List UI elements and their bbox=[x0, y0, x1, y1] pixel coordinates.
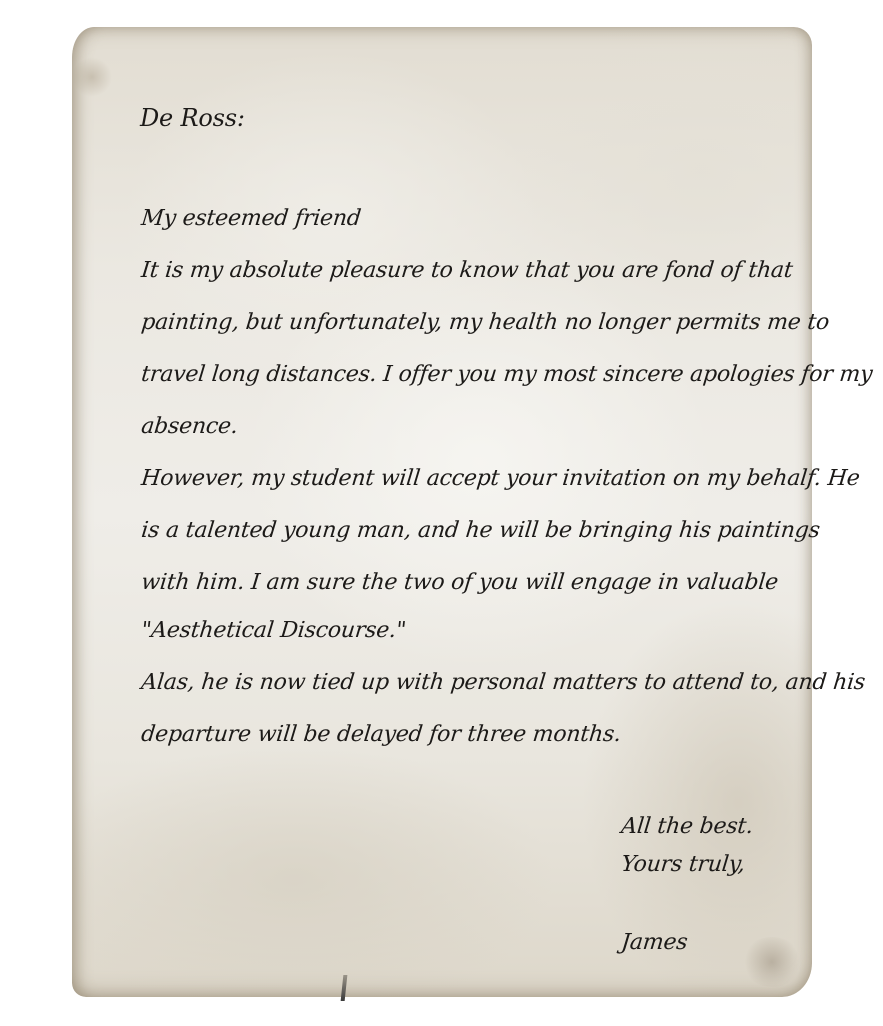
greeting-line: My esteemed friend bbox=[140, 206, 362, 231]
body-line-4: absence. bbox=[140, 414, 239, 439]
body-line-1: It is my absolute pleasure to know that … bbox=[140, 258, 794, 283]
body-line-5: However, my student will accept your inv… bbox=[140, 466, 861, 491]
body-line-8: "Aesthetical Discourse." bbox=[140, 618, 407, 643]
body-line-9: Alas, he is now tied up with personal ma… bbox=[140, 670, 866, 695]
body-line-2: painting, but unfortunately, my health n… bbox=[140, 310, 830, 335]
body-line-7: with him. I am sure the two of you will … bbox=[140, 570, 779, 595]
signature: James bbox=[620, 930, 689, 955]
closing-line-2: Yours truly, bbox=[620, 852, 746, 877]
addressee-line: De Ross: bbox=[140, 104, 245, 132]
body-line-6: is a talented young man, and he will be … bbox=[140, 518, 821, 543]
body-line-10: departure will be delayed for three mont… bbox=[140, 722, 622, 747]
body-line-3: travel long distances. I offer you my mo… bbox=[140, 362, 874, 387]
closing-line-1: All the best. bbox=[620, 814, 754, 839]
